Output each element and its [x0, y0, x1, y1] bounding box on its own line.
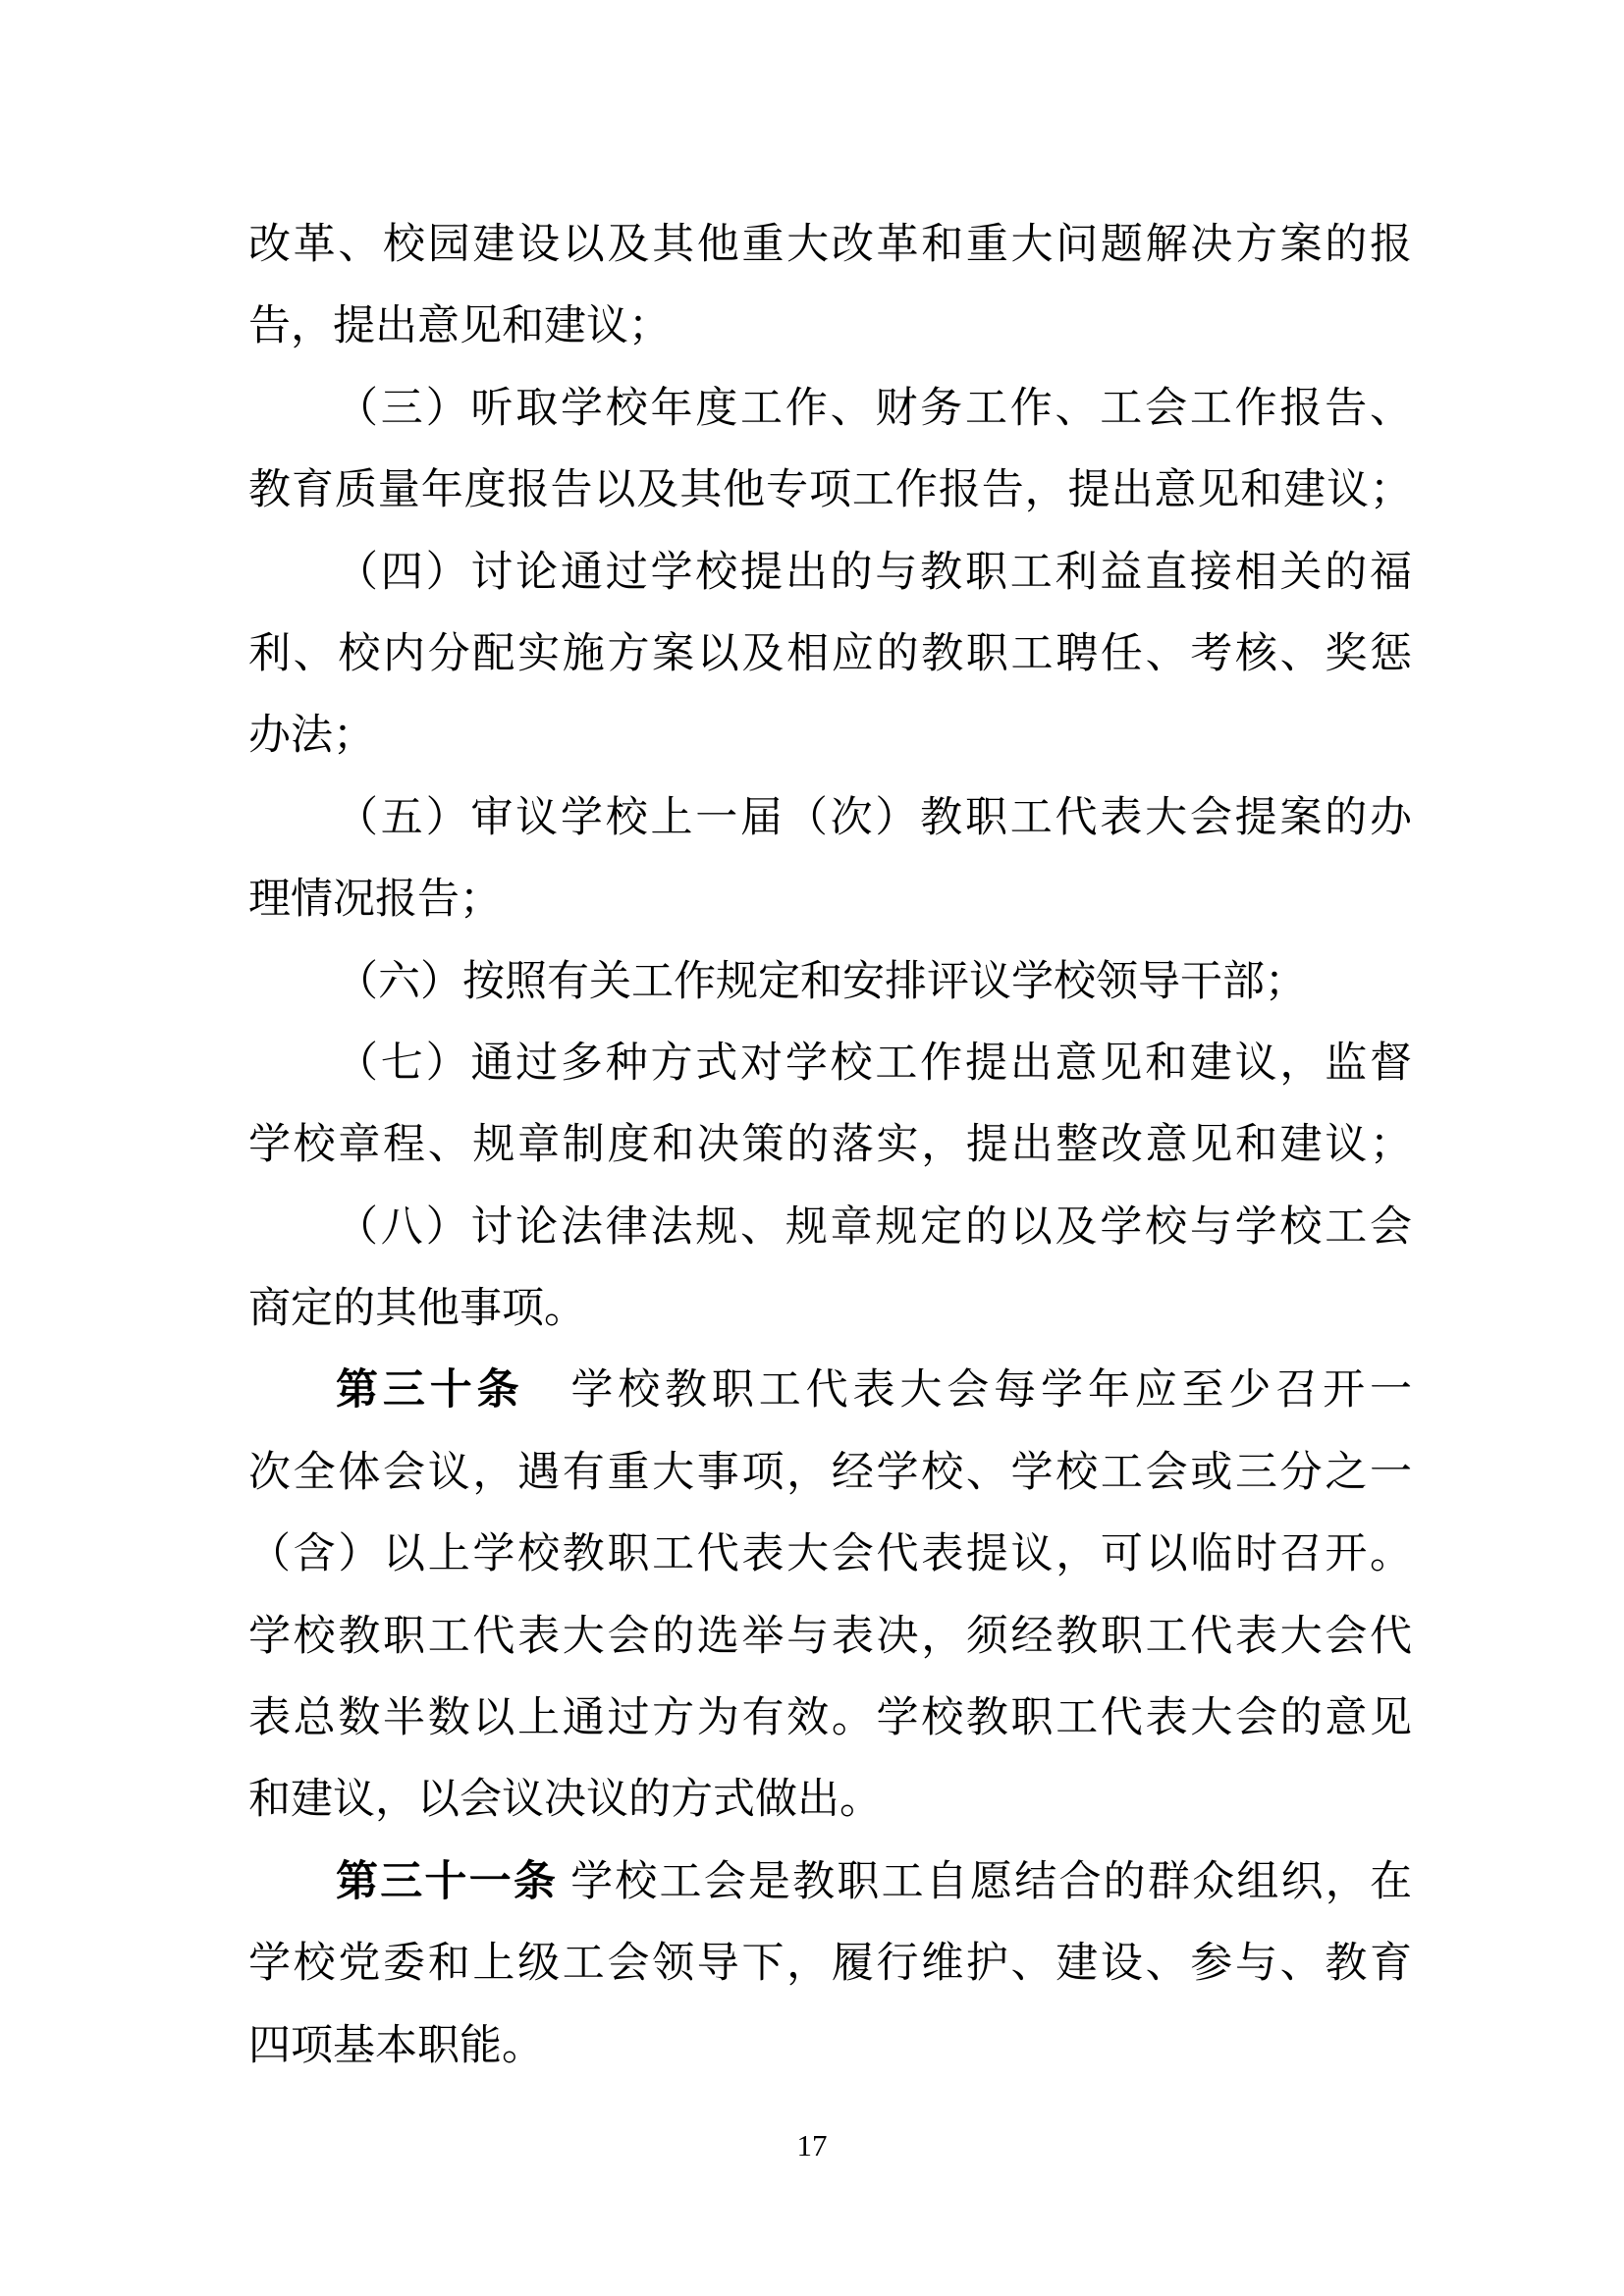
document-page: 改革、校园建设以及其他重大改革和重大问题解决方案的报告，提出意见和建议；（三）听…: [0, 0, 1624, 2296]
text-line: 表总数半数以上通过方为有效。学校教职工代表大会的意见: [248, 1678, 1412, 1759]
text-block: 改革、校园建设以及其他重大改革和重大问题解决方案的报告，提出意见和建议；（三）听…: [248, 204, 1412, 2087]
text-line: （七）通过多种方式对学校工作提出意见和建议，监督: [248, 1023, 1412, 1104]
text-line: （五）审议学校上一届（次）教职工代表大会提案的办: [248, 777, 1412, 859]
text-segment: （含）以上学校教职工代表大会代表提议，可以临时召开。: [248, 1531, 1412, 1577]
text-segment: 学校章程、规章制度和决策的落实，提出整改意见和建议；: [248, 1122, 1412, 1168]
text-line: 告，提出意见和建议；: [248, 286, 1412, 367]
text-line: 商定的其他事项。: [248, 1268, 1412, 1350]
text-segment: （三）听取学校年度工作、财务工作、工会工作报告、: [336, 386, 1412, 432]
text-segment: （八）讨论法律法规、规章规定的以及学校与学校工会: [336, 1204, 1412, 1251]
text-segment: 告，提出意见和建议；: [248, 303, 671, 349]
text-line: 利、校内分配实施方案以及相应的教职工聘任、考核、奖惩: [248, 614, 1412, 695]
text-line: 第三十一条 学校工会是教职工自愿结合的群众组织，在: [248, 1842, 1412, 1923]
text-line: 学校章程、规章制度和决策的落实，提出整改意见和建议；: [248, 1104, 1412, 1186]
text-segment: 教育质量年度报告以及其他专项工作报告，提出意见和建议；: [248, 467, 1412, 513]
text-line: 教育质量年度报告以及其他专项工作报告，提出意见和建议；: [248, 450, 1412, 531]
text-segment: 改革、校园建设以及其他重大改革和重大问题解决方案的报: [248, 222, 1412, 268]
text-segment: 利、校内分配实施方案以及相应的教职工聘任、考核、奖惩: [248, 631, 1412, 677]
text-line: 四项基本职能。: [248, 2005, 1412, 2087]
text-segment: 四项基本职能。: [248, 2023, 544, 2069]
text-line: 和建议，以会议决议的方式做出。: [248, 1759, 1412, 1841]
text-segment: （五）审议学校上一届（次）教职工代表大会提案的办: [336, 795, 1412, 841]
article-heading: 第三十一条: [336, 1859, 558, 1905]
text-segment: （七）通过多种方式对学校工作提出意见和建议，监督: [336, 1041, 1412, 1087]
text-line: （八）讨论法律法规、规章规定的以及学校与学校工会: [248, 1187, 1412, 1268]
text-segment: 学校教职工代表大会的选举与表决，须经教职工代表大会代: [248, 1614, 1412, 1660]
text-line: （四）讨论通过学校提出的与教职工利益直接相关的福: [248, 532, 1412, 614]
text-line: （三）听取学校年度工作、财务工作、工会工作报告、: [248, 368, 1412, 450]
text-segment: 理情况报告；: [248, 877, 502, 923]
text-line: （含）以上学校教职工代表大会代表提议，可以临时召开。: [248, 1514, 1412, 1595]
text-segment: （六）按照有关工作规定和安排评议学校领导干部；: [336, 959, 1307, 1005]
text-line: 第三十条 学校教职工代表大会每学年应至少召开一: [248, 1350, 1412, 1431]
text-line: 改革、校园建设以及其他重大改革和重大问题解决方案的报: [248, 204, 1412, 286]
text-segment: 和建议，以会议决议的方式做出。: [248, 1777, 882, 1823]
text-line: （六）按照有关工作规定和安排评议学校领导干部；: [248, 941, 1412, 1023]
text-line: 学校党委和上级工会领导下，履行维护、建设、参与、教育: [248, 1923, 1412, 2004]
text-line: 学校教职工代表大会的选举与表决，须经教职工代表大会代: [248, 1596, 1412, 1678]
text-segment: 学校工会是教职工自愿结合的群众组织，在: [558, 1859, 1412, 1905]
text-line: 办法；: [248, 695, 1412, 776]
text-segment: 表总数半数以上通过方为有效。学校教职工代表大会的意见: [248, 1695, 1412, 1741]
text-segment: 办法；: [248, 713, 375, 759]
article-heading: 第三十条: [336, 1367, 523, 1414]
text-segment: 学校教职工代表大会每学年应至少召开一: [523, 1367, 1412, 1414]
text-segment: 学校党委和上级工会领导下，履行维护、建设、参与、教育: [248, 1941, 1412, 1987]
text-segment: 次全体会议，遇有重大事项，经学校、学校工会或三分之一: [248, 1450, 1412, 1496]
text-line: 次全体会议，遇有重大事项，经学校、学校工会或三分之一: [248, 1432, 1412, 1514]
text-segment: 商定的其他事项。: [248, 1286, 586, 1332]
text-line: 理情况报告；: [248, 859, 1412, 940]
text-segment: （四）讨论通过学校提出的与教职工利益直接相关的福: [336, 550, 1412, 596]
page-number: 17: [0, 2128, 1624, 2163]
